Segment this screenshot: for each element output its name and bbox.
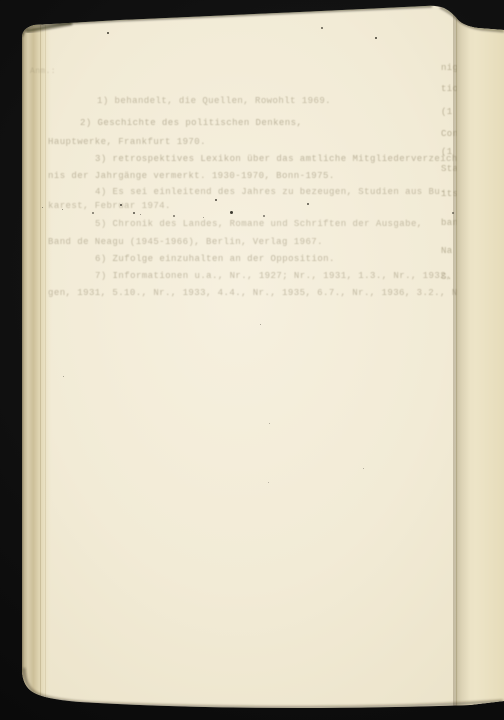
page-stack-edge <box>22 0 52 720</box>
book-page-graphic <box>0 0 504 720</box>
scan-canvas: Anm.: 1) behandelt, die Quellen, Rowohlt… <box>0 0 504 720</box>
page-surface <box>22 6 504 708</box>
gutter-crease-shadow <box>453 0 470 720</box>
